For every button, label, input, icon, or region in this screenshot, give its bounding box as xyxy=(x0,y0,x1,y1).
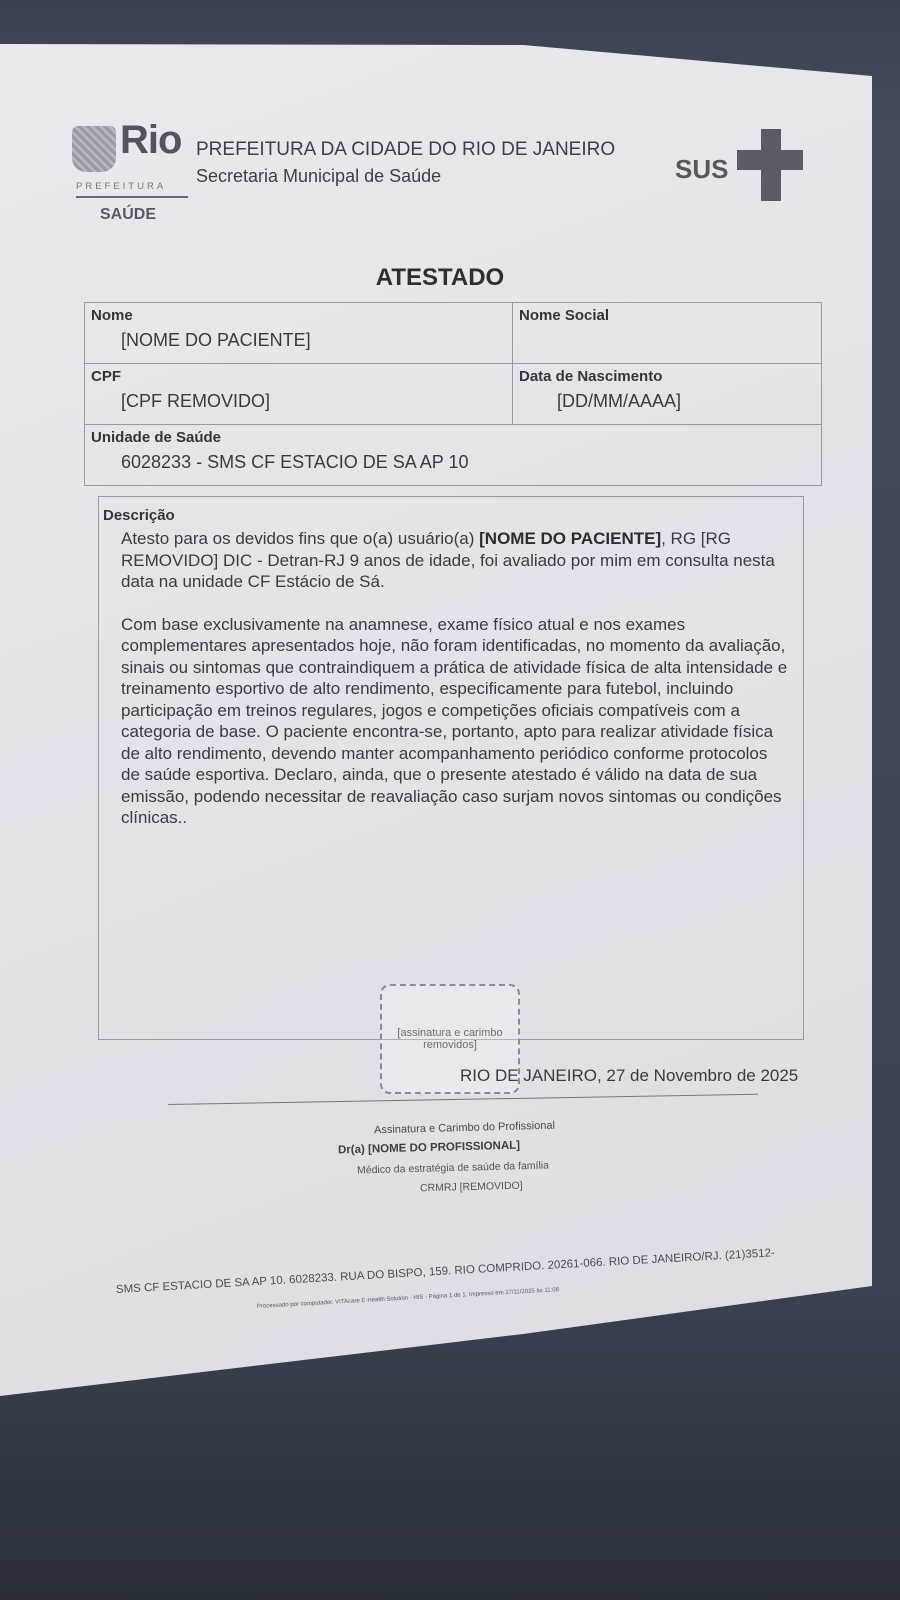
logo-prefeitura-text: PREFEITURA xyxy=(76,181,166,192)
footer-address: SMS CF ESTACIO DE SA AP 10. 6028233. RUA… xyxy=(116,1247,775,1296)
org-department: Secretaria Municipal de Saúde xyxy=(196,166,441,187)
description-label: Descrição xyxy=(103,507,799,524)
patient-info-table: Nome [NOME DO PACIENTE] Nome Social CPF … xyxy=(84,302,822,486)
document-paper: Rio PREFEITURA SAÚDE PREFEITURA DA CIDAD… xyxy=(0,44,872,1404)
birthdate-label: Data de Nascimento xyxy=(519,368,815,385)
sus-logo-text: SUS xyxy=(675,154,728,185)
table-row: CPF [CPF REMOVIDO] Data de Nascimento [D… xyxy=(85,363,821,424)
signature-label: Assinatura e Carimbo do Profissional xyxy=(374,1120,555,1137)
social-name-cell: Nome Social xyxy=(513,303,821,363)
cpf-label: CPF xyxy=(91,368,506,385)
description-paragraph-1: Atesto para os devidos fins que o(a) usu… xyxy=(103,528,799,593)
birthdate-cell: Data de Nascimento [DD/MM/AAAA] xyxy=(513,364,821,424)
doctor-crm: CRMRJ [REMOVIDO] xyxy=(420,1180,523,1195)
description-patient-name: [NOME DO PACIENTE] xyxy=(479,529,661,548)
place-and-date: RIO DE JANEIRO, 27 de Novembro de 2025 xyxy=(460,1066,798,1086)
document-header: Rio PREFEITURA SAÚDE PREFEITURA DA CIDAD… xyxy=(72,126,812,236)
description-box: Descrição Atesto para os devidos fins qu… xyxy=(98,496,804,1040)
coat-of-arms-icon xyxy=(72,126,116,172)
cpf-value: [CPF REMOVIDO] xyxy=(91,391,506,412)
table-row: Unidade de Saúde 6028233 - SMS CF ESTACI… xyxy=(85,424,821,485)
logo-saude-text: SAÚDE xyxy=(100,206,156,224)
sus-cross-icon-bar xyxy=(737,150,803,170)
rio-logo: Rio xyxy=(120,118,181,163)
cpf-cell: CPF [CPF REMOVIDO] xyxy=(85,364,513,424)
description-paragraph-2: Com base exclusivamente na anamnese, exa… xyxy=(103,614,799,829)
birthdate-value: [DD/MM/AAAA] xyxy=(519,391,815,412)
name-value: [NOME DO PACIENTE] xyxy=(91,330,506,351)
doctor-role: Médico da estratégia de saúde da família xyxy=(357,1159,549,1176)
footer-processed: Processado por computador. VITAcare E-He… xyxy=(257,1287,559,1310)
table-row: Nome [NOME DO PACIENTE] Nome Social xyxy=(85,303,821,363)
name-cell: Nome [NOME DO PACIENTE] xyxy=(85,303,513,363)
document-title: ATESTADO xyxy=(0,264,880,292)
health-unit-value: 6028233 - SMS CF ESTACIO DE SA AP 10 xyxy=(91,452,815,473)
name-label: Nome xyxy=(91,307,506,324)
social-name-label: Nome Social xyxy=(519,307,815,324)
org-name: PREFEITURA DA CIDADE DO RIO DE JANEIRO xyxy=(196,139,615,161)
health-unit-label: Unidade de Saúde xyxy=(91,429,815,446)
health-unit-cell: Unidade de Saúde 6028233 - SMS CF ESTACI… xyxy=(85,425,821,485)
doctor-name: Dr(a) [NOME DO PROFISSIONAL] xyxy=(338,1140,520,1157)
signature-line xyxy=(168,1094,758,1105)
logo-divider xyxy=(76,196,188,198)
description-p1-prefix: Atesto para os devidos fins que o(a) usu… xyxy=(121,529,479,548)
